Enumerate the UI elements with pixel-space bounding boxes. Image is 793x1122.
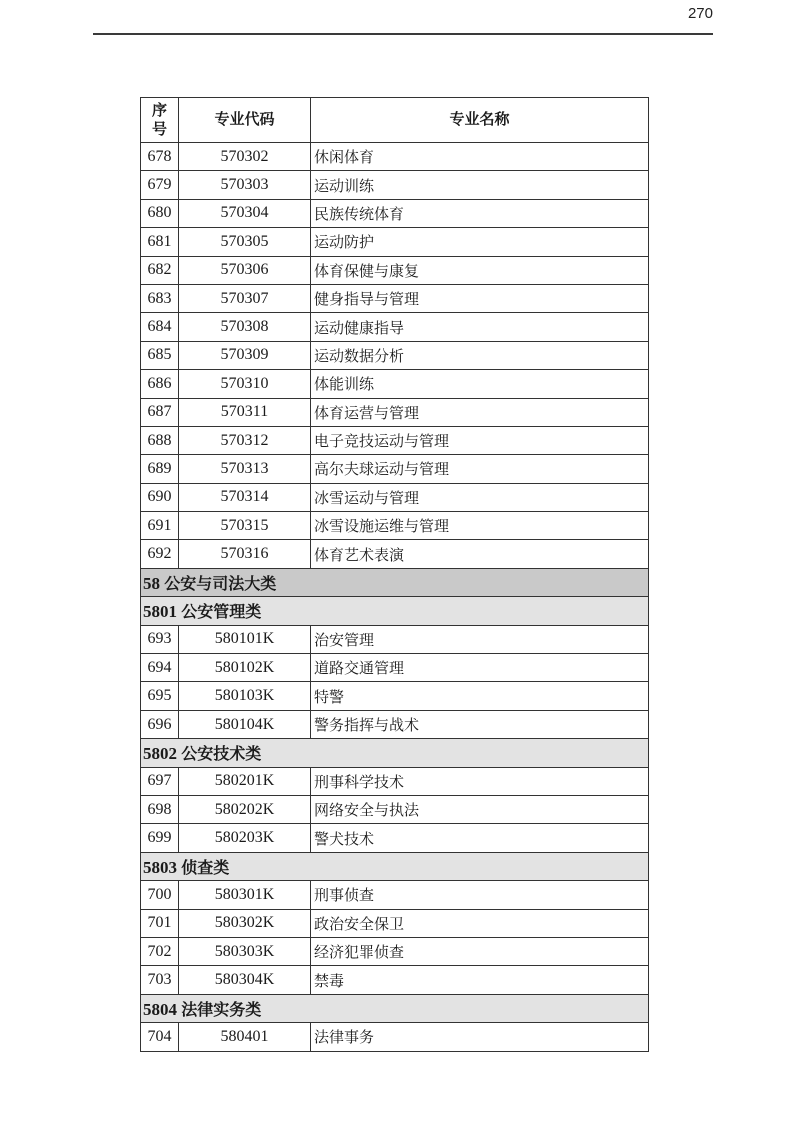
section-header-cell: 5801 公安管理类 — [141, 597, 649, 625]
major-name-cell: 道路交通管理 — [311, 654, 649, 682]
row-number-cell: 694 — [141, 654, 179, 682]
major-code-cell: 570307 — [179, 284, 311, 312]
table-row: 699 580203K 警犬技术 — [141, 824, 649, 852]
major-name-cell: 警务指挥与战术 — [311, 710, 649, 738]
section-title: 公安与司法大类 — [164, 576, 276, 593]
row-number-cell: 684 — [141, 313, 179, 341]
major-name-cell: 体育保健与康复 — [311, 256, 649, 284]
row-number-cell: 703 — [141, 966, 179, 994]
section-header-cell: 5803 侦查类 — [141, 852, 649, 880]
table-row: 682 570306 体育保健与康复 — [141, 256, 649, 284]
row-number-cell: 699 — [141, 824, 179, 852]
section-code: 5803 — [143, 858, 181, 877]
row-number-cell: 683 — [141, 284, 179, 312]
row-number-cell: 682 — [141, 256, 179, 284]
major-name-cell: 运动数据分析 — [311, 341, 649, 369]
section-header-row: 5804 法律实务类 — [141, 994, 649, 1022]
major-code-cell: 580203K — [179, 824, 311, 852]
row-number-cell: 688 — [141, 426, 179, 454]
section-header-cell: 58 公安与司法大类 — [141, 568, 649, 596]
major-code-cell: 570313 — [179, 455, 311, 483]
major-name-cell: 刑事科学技术 — [311, 767, 649, 795]
row-number-cell: 680 — [141, 199, 179, 227]
row-number-cell: 691 — [141, 512, 179, 540]
major-name-cell: 电子竞技运动与管理 — [311, 426, 649, 454]
major-name-cell: 休闲体育 — [311, 143, 649, 171]
major-code-cell: 570303 — [179, 171, 311, 199]
section-header-cell: 5802 公安技术类 — [141, 739, 649, 767]
page-number: 270 — [0, 5, 713, 22]
section-title: 侦查类 — [181, 860, 229, 877]
major-name-cell: 运动训练 — [311, 171, 649, 199]
header-col-no: 序号 — [141, 98, 179, 143]
major-code-cell: 580401 — [179, 1023, 311, 1051]
major-name-cell: 运动防护 — [311, 228, 649, 256]
header-col-no-line1: 序 — [152, 102, 167, 119]
major-name-cell: 体育运营与管理 — [311, 398, 649, 426]
major-name-cell: 运动健康指导 — [311, 313, 649, 341]
major-name-cell: 冰雪设施运维与管理 — [311, 512, 649, 540]
table-row: 679 570303 运动训练 — [141, 171, 649, 199]
row-number-cell: 700 — [141, 881, 179, 909]
major-code-cell: 570312 — [179, 426, 311, 454]
major-code-cell: 570309 — [179, 341, 311, 369]
row-number-cell: 685 — [141, 341, 179, 369]
row-number-cell: 695 — [141, 682, 179, 710]
table-row: 704 580401 法律事务 — [141, 1023, 649, 1051]
row-number-cell: 690 — [141, 483, 179, 511]
majors-table-body: 678 570302 休闲体育 679 570303 运动训练 680 5703… — [141, 143, 649, 1052]
table-row: 685 570309 运动数据分析 — [141, 341, 649, 369]
major-code-cell: 580101K — [179, 625, 311, 653]
row-number-cell: 704 — [141, 1023, 179, 1051]
major-name-cell: 警犬技术 — [311, 824, 649, 852]
section-code: 58 — [143, 574, 164, 593]
header-rule — [93, 33, 713, 35]
major-name-cell: 体育艺术表演 — [311, 540, 649, 568]
major-code-cell: 580303K — [179, 937, 311, 965]
table-row: 696 580104K 警务指挥与战术 — [141, 710, 649, 738]
major-name-cell: 禁毒 — [311, 966, 649, 994]
major-code-cell: 570306 — [179, 256, 311, 284]
section-header-cell: 5804 法律实务类 — [141, 994, 649, 1022]
major-name-cell: 网络安全与执法 — [311, 795, 649, 823]
section-header-row: 5803 侦查类 — [141, 852, 649, 880]
major-name-cell: 法律事务 — [311, 1023, 649, 1051]
table-row: 697 580201K 刑事科学技术 — [141, 767, 649, 795]
table-header-row: 序号 专业代码 专业名称 — [141, 98, 649, 143]
major-code-cell: 570311 — [179, 398, 311, 426]
section-title: 公安管理类 — [181, 604, 261, 621]
major-code-cell: 580104K — [179, 710, 311, 738]
table-row: 692 570316 体育艺术表演 — [141, 540, 649, 568]
row-number-cell: 679 — [141, 171, 179, 199]
major-name-cell: 体能训练 — [311, 370, 649, 398]
row-number-cell: 693 — [141, 625, 179, 653]
major-name-cell: 特警 — [311, 682, 649, 710]
section-code: 5801 — [143, 602, 181, 621]
major-code-cell: 570308 — [179, 313, 311, 341]
major-code-cell: 580301K — [179, 881, 311, 909]
row-number-cell: 678 — [141, 143, 179, 171]
row-number-cell: 696 — [141, 710, 179, 738]
section-header-row: 5802 公安技术类 — [141, 739, 649, 767]
major-name-cell: 民族传统体育 — [311, 199, 649, 227]
table-row: 689 570313 高尔夫球运动与管理 — [141, 455, 649, 483]
row-number-cell: 701 — [141, 909, 179, 937]
major-name-cell: 刑事侦查 — [311, 881, 649, 909]
table-row: 701 580302K 政治安全保卫 — [141, 909, 649, 937]
table-row: 678 570302 休闲体育 — [141, 143, 649, 171]
row-number-cell: 686 — [141, 370, 179, 398]
major-code-cell: 570310 — [179, 370, 311, 398]
table-row: 681 570305 运动防护 — [141, 228, 649, 256]
major-name-cell: 经济犯罪侦查 — [311, 937, 649, 965]
major-code-cell: 570314 — [179, 483, 311, 511]
section-header-row: 58 公安与司法大类 — [141, 568, 649, 596]
major-code-cell: 580201K — [179, 767, 311, 795]
row-number-cell: 697 — [141, 767, 179, 795]
major-code-cell: 580304K — [179, 966, 311, 994]
table-row: 702 580303K 经济犯罪侦查 — [141, 937, 649, 965]
major-name-cell: 健身指导与管理 — [311, 284, 649, 312]
major-code-cell: 570302 — [179, 143, 311, 171]
majors-table: 序号 专业代码 专业名称 678 570302 休闲体育 679 570303 … — [140, 97, 649, 1052]
table-row: 688 570312 电子竞技运动与管理 — [141, 426, 649, 454]
major-code-cell: 570315 — [179, 512, 311, 540]
table-row: 695 580103K 特警 — [141, 682, 649, 710]
table-row: 684 570308 运动健康指导 — [141, 313, 649, 341]
major-code-cell: 570305 — [179, 228, 311, 256]
header-col-code: 专业代码 — [179, 98, 311, 143]
row-number-cell: 692 — [141, 540, 179, 568]
major-name-cell: 高尔夫球运动与管理 — [311, 455, 649, 483]
major-code-cell: 580302K — [179, 909, 311, 937]
section-code: 5802 — [143, 744, 181, 763]
table-row: 691 570315 冰雪设施运维与管理 — [141, 512, 649, 540]
row-number-cell: 689 — [141, 455, 179, 483]
header-col-name: 专业名称 — [311, 98, 649, 143]
major-name-cell: 冰雪运动与管理 — [311, 483, 649, 511]
major-code-cell: 580102K — [179, 654, 311, 682]
row-number-cell: 698 — [141, 795, 179, 823]
table-row: 683 570307 健身指导与管理 — [141, 284, 649, 312]
table-row: 690 570314 冰雪运动与管理 — [141, 483, 649, 511]
major-code-cell: 580103K — [179, 682, 311, 710]
table-row: 694 580102K 道路交通管理 — [141, 654, 649, 682]
section-title: 公安技术类 — [181, 746, 261, 763]
major-name-cell: 治安管理 — [311, 625, 649, 653]
table-row: 703 580304K 禁毒 — [141, 966, 649, 994]
row-number-cell: 681 — [141, 228, 179, 256]
table-row: 700 580301K 刑事侦查 — [141, 881, 649, 909]
section-title: 法律实务类 — [181, 1002, 261, 1019]
section-code: 5804 — [143, 1000, 181, 1019]
table-row: 693 580101K 治安管理 — [141, 625, 649, 653]
major-code-cell: 570304 — [179, 199, 311, 227]
header-col-no-line2: 号 — [152, 121, 167, 138]
row-number-cell: 687 — [141, 398, 179, 426]
table-row: 698 580202K 网络安全与执法 — [141, 795, 649, 823]
table-row: 686 570310 体能训练 — [141, 370, 649, 398]
row-number-cell: 702 — [141, 937, 179, 965]
major-name-cell: 政治安全保卫 — [311, 909, 649, 937]
section-header-row: 5801 公安管理类 — [141, 597, 649, 625]
major-code-cell: 570316 — [179, 540, 311, 568]
major-code-cell: 580202K — [179, 795, 311, 823]
table-row: 687 570311 体育运营与管理 — [141, 398, 649, 426]
table-row: 680 570304 民族传统体育 — [141, 199, 649, 227]
